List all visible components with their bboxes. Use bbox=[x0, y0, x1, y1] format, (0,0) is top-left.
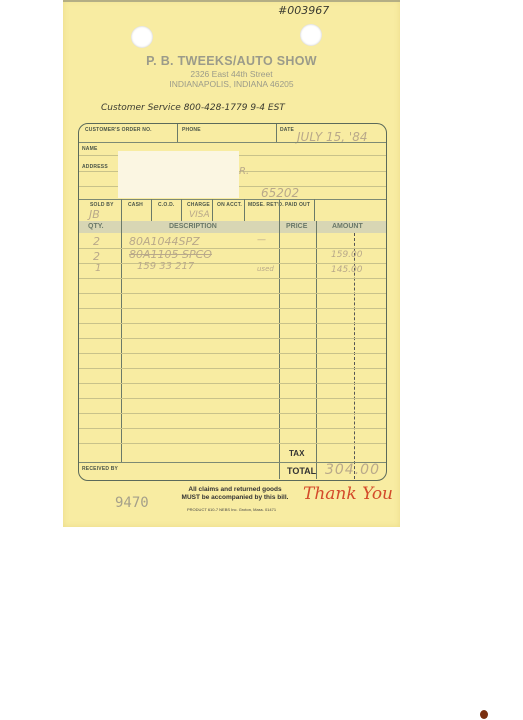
cod-label: C.O.D. bbox=[158, 202, 174, 208]
qty-header: QTY. bbox=[88, 223, 104, 230]
divider bbox=[314, 199, 315, 221]
address-label: ADDRESS bbox=[82, 164, 108, 170]
paid-out-label: PAID OUT bbox=[285, 202, 310, 208]
divider bbox=[276, 124, 277, 142]
form-number: 9470 bbox=[115, 495, 149, 511]
redacted-customer-info bbox=[118, 151, 239, 198]
return-policy-line1: All claims and returned goods bbox=[165, 486, 305, 494]
line-item-note: used bbox=[257, 265, 274, 273]
divider bbox=[316, 221, 317, 479]
divider bbox=[181, 199, 182, 221]
total-label: TOTAL bbox=[287, 466, 316, 476]
receipt-sheet: #003967 P. B. TWEEKS/AUTO SHOW 2326 East… bbox=[63, 0, 400, 527]
thank-you-text: Thank You bbox=[303, 484, 393, 504]
line-item-qty: 2 bbox=[93, 250, 100, 263]
amount-header: AMOUNT bbox=[332, 223, 363, 230]
total-value: 304.00 bbox=[325, 462, 380, 478]
sheet-top-edge bbox=[63, 0, 400, 2]
return-policy-notice: All claims and returned goods MUST be ac… bbox=[165, 486, 305, 502]
divider bbox=[79, 199, 386, 200]
store-name: P. B. TWEEKS/AUTO SHOW bbox=[63, 54, 400, 68]
line-item-description: 80A1105 SPCO bbox=[129, 248, 212, 261]
received-by-label: RECEIVED BY bbox=[82, 466, 118, 472]
invoice-form: CUSTOMER'S ORDER NO. PHONE DATE JULY 15,… bbox=[78, 123, 387, 481]
line-item-qty: 1 bbox=[95, 263, 101, 274]
line-item-description: 159 33 217 bbox=[137, 261, 194, 272]
stain-mark bbox=[480, 710, 488, 719]
store-address-line1: 2326 East 44th Street bbox=[63, 69, 400, 79]
tax-label: TAX bbox=[289, 449, 304, 458]
store-address-line2: INDIANAPOLIS, INDIANA 46205 bbox=[63, 79, 400, 89]
invoice-number: #003967 bbox=[278, 4, 329, 17]
punch-hole-right bbox=[300, 24, 322, 46]
line-item-amount: 159.00 bbox=[331, 250, 363, 260]
description-header: DESCRIPTION bbox=[169, 223, 217, 230]
line-item-description: 80A1044SPZ bbox=[129, 235, 200, 248]
divider bbox=[121, 221, 122, 462]
divider bbox=[151, 199, 152, 221]
customer-service-note: Customer Service 800-428-1779 9-4 EST bbox=[101, 103, 285, 113]
line-item-note: — bbox=[257, 235, 266, 245]
punch-hole-left bbox=[131, 26, 153, 48]
cash-label: CASH bbox=[128, 202, 143, 208]
product-line: PRODUCT 610-7 NEBS Inc. Groton, Mass. 01… bbox=[187, 507, 276, 512]
address-partial: R. bbox=[239, 166, 249, 177]
name-label: NAME bbox=[82, 146, 98, 152]
customer-order-label: CUSTOMER'S ORDER NO. bbox=[85, 127, 152, 133]
line-item-qty: 2 bbox=[93, 235, 100, 248]
divider bbox=[244, 199, 245, 221]
sold-by-value: JB bbox=[89, 208, 100, 221]
on-account-label: ON ACCT. bbox=[217, 202, 242, 208]
zip-partial: 65202 bbox=[261, 186, 299, 200]
price-header: PRICE bbox=[286, 223, 307, 230]
charge-value: VISA bbox=[189, 210, 210, 220]
return-policy-line2: MUST be accompanied by this bill. bbox=[165, 494, 305, 502]
divider bbox=[79, 142, 386, 143]
divider bbox=[279, 199, 280, 221]
phone-label: PHONE bbox=[182, 127, 201, 133]
divider bbox=[121, 199, 122, 221]
date-label: DATE bbox=[280, 127, 294, 133]
charge-label: CHARGE bbox=[187, 202, 210, 208]
divider bbox=[279, 221, 280, 479]
divider bbox=[177, 124, 178, 142]
line-item-amount: 145.00 bbox=[331, 265, 363, 275]
divider bbox=[212, 199, 213, 221]
